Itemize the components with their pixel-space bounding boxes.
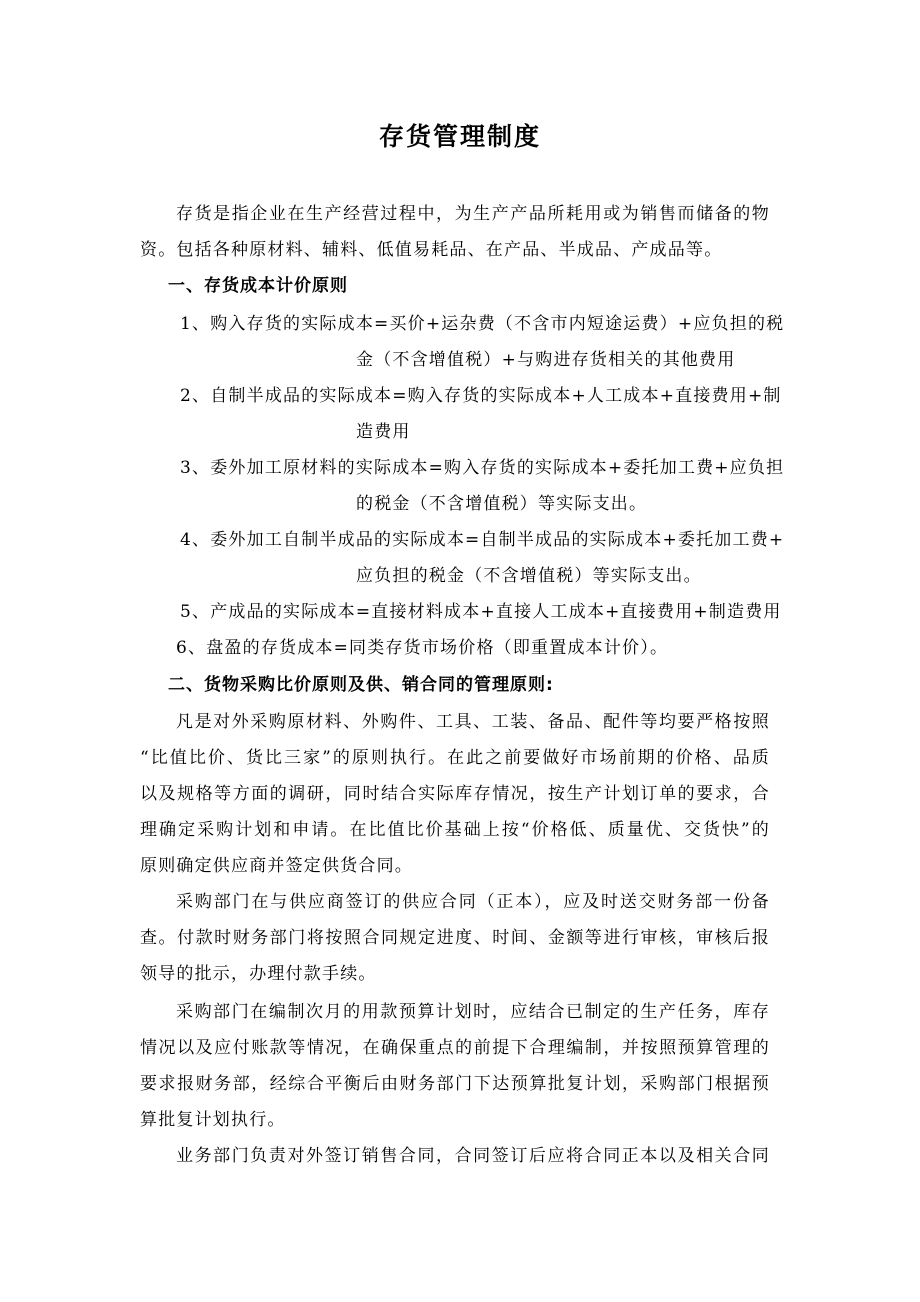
para-2-line-3: 领导的批示，办理付款手续。 (140, 962, 377, 986)
list-item-3-line-1: 3、委外加工原材料的实际成本=购入存货的实际成本+委托加工费+应负担 (180, 456, 772, 480)
list-item-3-line-2: 的税金（不含增值税）等实际支出。 (356, 492, 647, 516)
section-heading-1: 一、存货成本计价原则 (168, 274, 348, 298)
list-item-2-line-1: 2、自制半成品的实际成本=购入存货的实际成本+人工成本+直接费用+制 (180, 384, 766, 408)
para-3-line-1: 采购部门在编制次月的用款预算计划时，应结合已制定的生产任务，库存 (176, 1000, 770, 1024)
intro-line-1: 存货是指企业在生产经营过程中，为生产产品所耗用或为销售而储备的物 (176, 202, 770, 226)
para-3-line-4: 算批复计划执行。 (140, 1108, 286, 1132)
para-3-line-3: 要求报财务部，经综合平衡后由财务部门下达预算批复计划，采购部门根据预 (140, 1072, 770, 1096)
intro-line-2: 资。包括各种原材料、辅料、低值易耗品、在产品、半成品、产成品等。 (140, 238, 722, 262)
para-1-line-4: 理确定采购计划和申请。在比值比价基础上按“价格低、质量优、交货快”的 (140, 818, 770, 842)
list-item-1-line-1: 1、购入存货的实际成本=买价+运杂费（不含市内短途运费）+应负担的税 (180, 312, 772, 336)
para-4-line-1: 业务部门负责对外签订销售合同，合同签订后应将合同正本以及相关合同 (176, 1144, 770, 1168)
list-item-6: 6、盘盈的存货成本=同类存货市场价格（即重置成本计价）。 (176, 636, 668, 660)
list-item-1-line-2: 金（不含增值税）+与购进存货相关的其他费用 (356, 348, 735, 372)
document-page: 存货管理制度 存货是指企业在生产经营过程中，为生产产品所耗用或为销售而储备的物 … (0, 0, 920, 1302)
list-item-4-line-1: 4、委外加工自制半成品的实际成本=自制半成品的实际成本+委托加工费+ (180, 528, 772, 552)
para-2-line-1: 采购部门在与供应商签订的供应合同（正本），应及时送交财务部一份备 (176, 890, 770, 914)
para-1-line-1: 凡是对外采购原材料、外购件、工具、工装、备品、配件等均要严格按照 (176, 710, 770, 734)
list-item-5: 5、产成品的实际成本=直接材料成本+直接人工成本+直接费用+制造费用 (180, 600, 770, 624)
page-title: 存货管理制度 (0, 121, 920, 153)
para-3-line-2: 情况以及应付账款等情况，在确保重点的前提下合理编制，并按照预算管理的 (140, 1036, 770, 1060)
list-item-2-line-2: 造费用 (356, 420, 411, 444)
para-1-line-2: “比值比价、货比三家”的原则执行。在此之前要做好市场前期的价格、品质 (140, 746, 770, 770)
section-heading-2: 二、货物采购比价原则及供、销合同的管理原则: (168, 673, 554, 697)
para-1-line-5: 原则确定供应商并签定供货合同。 (140, 854, 413, 878)
para-1-line-3: 以及规格等方面的调研，同时结合实际库存情况，按生产计划订单的要求，合 (140, 782, 770, 806)
list-item-4-line-2: 应负担的税金（不含增值税）等实际支出。 (356, 564, 702, 588)
para-2-line-2: 查。付款时财务部门将按照合同规定进度、时间、金额等进行审核，审核后报 (140, 926, 770, 950)
